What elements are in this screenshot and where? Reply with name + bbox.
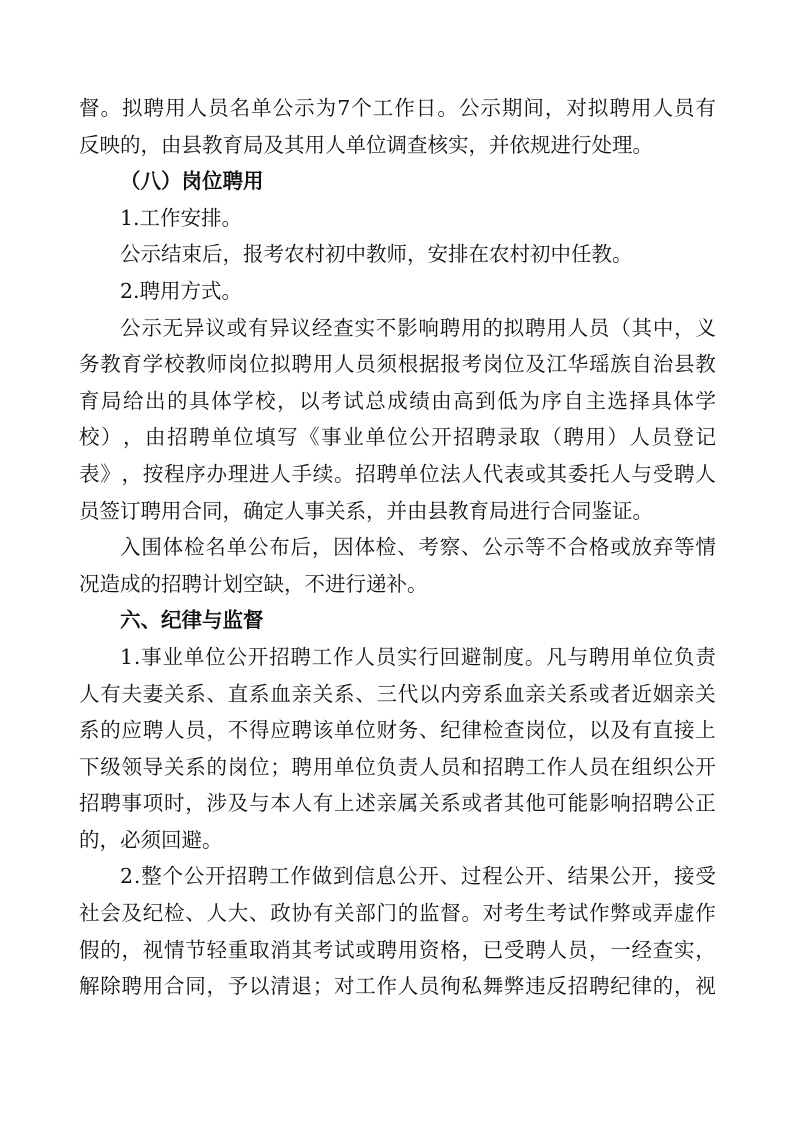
paragraph-line: 育局给出的具体学校，以考试总成绩由高到低为序自主选择具体学 bbox=[79, 383, 716, 420]
paragraph-line: 员签订聘用合同，确定人事关系，并由县教育局进行合同鉴证。 bbox=[79, 493, 716, 530]
paragraph-line: 况造成的招聘计划空缺，不进行递补。 bbox=[79, 566, 716, 603]
paragraph-line: 2.整个公开招聘工作做到信息公开、过程公开、结果公开，接受 bbox=[79, 858, 716, 895]
paragraph-line: 下级领导关系的岗位；聘用单位负责人员和招聘工作人员在组织公开 bbox=[79, 749, 716, 786]
paragraph-line: 人有夫妻关系、直系血亲关系、三代以内旁系血亲关系或者近姻亲关 bbox=[79, 676, 716, 713]
paragraph-line: 的，必须回避。 bbox=[79, 822, 716, 859]
document-body: 督。拟聘用人员名单公示为7个工作日。公示期间，对拟聘用人员有 反映的，由县教育局… bbox=[79, 90, 716, 1005]
paragraph-line: 招聘事项时，涉及与本人有上述亲属关系或者其他可能影响招聘公正 bbox=[79, 785, 716, 822]
paragraph-line: 校），由招聘单位填写《事业单位公开招聘录取（聘用）人员登记 bbox=[79, 419, 716, 456]
paragraph-line: 1.事业单位公开招聘工作人员实行回避制度。凡与聘用单位负责 bbox=[79, 639, 716, 676]
section-heading-discipline-supervision: 六、纪律与监督 bbox=[79, 602, 716, 639]
subheading-work-arrangement: 1.工作安排。 bbox=[79, 200, 716, 237]
paragraph-line: 公示结束后，报考农村初中教师，安排在农村初中任教。 bbox=[79, 236, 716, 273]
paragraph-line: 公示无异议或有异议经查实不影响聘用的拟聘用人员（其中，义 bbox=[79, 310, 716, 347]
paragraph-line: 反映的，由县教育局及其用人单位调查核实，并依规进行处理。 bbox=[79, 127, 716, 164]
section-heading-post-employment: （八）岗位聘用 bbox=[79, 163, 716, 200]
paragraph-line: 督。拟聘用人员名单公示为7个工作日。公示期间，对拟聘用人员有 bbox=[79, 90, 716, 127]
paragraph-line: 假的，视情节轻重取消其考试或聘用资格，已受聘人员，一经查实， bbox=[79, 932, 716, 969]
paragraph-line: 入围体检名单公布后，因体检、考察、公示等不合格或放弃等情 bbox=[79, 529, 716, 566]
paragraph-line: 系的应聘人员，不得应聘该单位财务、纪律检查岗位，以及有直接上 bbox=[79, 712, 716, 749]
paragraph-line: 表》，按程序办理进人手续。招聘单位法人代表或其委托人与受聘人 bbox=[79, 456, 716, 493]
paragraph-line: 社会及纪检、人大、政协有关部门的监督。对考生考试作弊或弄虚作 bbox=[79, 895, 716, 932]
document-page: 督。拟聘用人员名单公示为7个工作日。公示期间，对拟聘用人员有 反映的，由县教育局… bbox=[0, 0, 793, 1122]
paragraph-line: 务教育学校教师岗位拟聘用人员须根据报考岗位及江华瑶族自治县教 bbox=[79, 346, 716, 383]
subheading-employment-method: 2.聘用方式。 bbox=[79, 273, 716, 310]
paragraph-line: 解除聘用合同，予以清退；对工作人员徇私舞弊违反招聘纪律的，视 bbox=[79, 968, 716, 1005]
